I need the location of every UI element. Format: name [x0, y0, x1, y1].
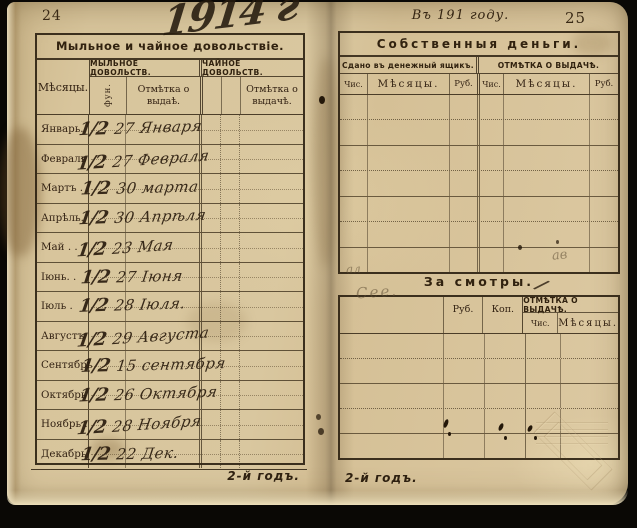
day-column-header: Чис. [523, 313, 558, 333]
month-row: Декабрь1/222 Дек. [37, 440, 303, 469]
handwritten-entry: 1/230 марта [80, 175, 200, 199]
tea-cell [221, 233, 240, 262]
tea-mark-cell [240, 410, 303, 439]
allowance-table: Мыльное и чайное довольствіе. Мѣсяцы. МЫ… [35, 33, 305, 465]
tea-cell [202, 174, 221, 203]
ruled-row [340, 434, 618, 458]
tea-cell [221, 410, 240, 439]
deposit-group-header: Сдано въ денежный ящикъ. [340, 57, 479, 73]
tea-cell [221, 115, 240, 144]
pencil-note: ал [346, 262, 362, 277]
tea-cell [221, 204, 240, 233]
own-money-table: Собственныя деньги. Сдано въ денежный ящ… [338, 31, 620, 274]
month-row: Октябрь1/226 Октября [37, 381, 303, 411]
handwritten-entry: 1/230 Апрѣля [77, 203, 208, 229]
tea-cell [221, 263, 240, 292]
soap-mark-column-header: Отмѣтка о выдаѣ. [127, 77, 203, 114]
tea-mark-cell [240, 351, 303, 380]
tea-cell [221, 145, 240, 174]
allowance-title: Мыльное и чайное довольствіе. [37, 35, 303, 60]
month-row: Августъ1/229 Августа [37, 322, 303, 352]
tea-cell [202, 410, 221, 439]
money-rows [340, 95, 618, 272]
month-row: Мартъ .1/230 марта [37, 174, 303, 204]
ruled-row [340, 384, 618, 409]
month-row: Сентябрь1/215 сентября [37, 351, 303, 381]
pencil-note: Сее. [355, 282, 398, 303]
rub-column-header: Руб. [590, 74, 618, 94]
handwritten-entry: 1/226 Октября [77, 380, 219, 406]
ruled-row [340, 120, 618, 145]
month-row: Февраль1/227 Февраля [37, 145, 303, 175]
tea-cell [202, 233, 221, 262]
tea-cell [221, 174, 240, 203]
ruled-row [340, 334, 618, 359]
tea-cell [221, 322, 240, 351]
handwritten-entry: 1/227 Января [77, 115, 203, 140]
ruled-row [340, 222, 618, 247]
month-row: Май . .1/223 Мая [37, 233, 303, 263]
tea-subcolumn-2 [222, 77, 241, 114]
month-row: Ноябрь .1/228 Ноября [37, 410, 303, 440]
soap-group-header: МЫЛЬНОЕ ДОВОЛЬСТВ. [90, 60, 202, 76]
tea-mark-column-header: Отмѣтка о выдачѣ. [241, 77, 303, 114]
own-money-title: Собственныя деньги. [340, 33, 618, 57]
page-number-right: 25 [565, 9, 586, 27]
tea-mark-cell [240, 204, 303, 233]
year-label-left: 2-й годъ. [200, 469, 300, 483]
rub-column-header: Руб. [444, 297, 484, 333]
handwritten-entry: 1/215 сентября [80, 352, 228, 377]
year-heading: Въ 191 году. [378, 8, 543, 23]
tea-mark-cell [240, 322, 303, 351]
pounds-column-header: фун. [90, 77, 127, 114]
ruled-row [340, 409, 618, 434]
issue-group-header: ОТМѢТКА О ВЫДАЧѢ. [479, 57, 618, 73]
tea-mark-cell [240, 233, 303, 262]
month-row: Іюнь. .1/227 Іюня [37, 263, 303, 293]
months-column-header: Мѣсяцы. [368, 74, 450, 94]
handwritten-entry: 1/228 Іюля. [77, 292, 187, 317]
tea-cell [202, 292, 221, 321]
tea-mark-cell [240, 440, 303, 469]
tea-cell [221, 381, 240, 410]
tea-cell [202, 440, 221, 469]
ruled-row [340, 359, 618, 384]
tea-mark-cell [240, 263, 303, 292]
month-row: Январь.1/227 Января [37, 115, 303, 145]
tea-cell [202, 115, 221, 144]
year-label-right: 2-й годъ. [345, 471, 418, 485]
allowance-header: Мѣсяцы. МЫЛЬНОЕ ДОВОЛЬСТВ. ЧАЙНОЕ ДОВОЛЬ… [37, 60, 303, 115]
months-column-header: Мѣсяцы. [37, 60, 90, 114]
tea-cell [221, 292, 240, 321]
month-row: Апрѣль.1/230 Апрѣля [37, 204, 303, 234]
day-column-header: Чис. [340, 74, 368, 94]
ruled-row [340, 171, 618, 196]
tea-mark-cell [240, 381, 303, 410]
tea-mark-cell [240, 145, 303, 174]
photo-background: 24 1914 г Мыльное и чайное довольствіе. … [0, 0, 637, 528]
months-column-header: Мѣсяцы. [504, 74, 590, 94]
reviews-rows [340, 334, 618, 458]
pencil-note: ав [551, 247, 568, 264]
tea-cell [221, 440, 240, 469]
ruled-row [340, 95, 618, 120]
tea-cell [202, 263, 221, 292]
months-column-header: Мѣсяцы. [558, 313, 618, 333]
ruled-row [340, 197, 618, 222]
tea-mark-cell [240, 174, 303, 203]
tea-subcolumn-1 [203, 77, 222, 114]
handwritten-entry: 1/222 Дек. [80, 441, 181, 465]
handwritten-entry: 1/227 Іюня [80, 264, 185, 288]
day-column-header: Чис. [480, 74, 504, 94]
issue-group-header: ОТМѢТКА О ВЫДАЧѢ. [523, 297, 618, 313]
tea-group-header: ЧАЙНОЕ ДОВОЛЬСТВ. [202, 60, 303, 76]
ruled-row [340, 248, 618, 272]
month-row: Іюль .1/228 Іюля. [37, 292, 303, 322]
ruled-row [340, 146, 618, 171]
page-number-left: 24 [42, 8, 62, 24]
blank-column [340, 297, 444, 333]
tea-mark-cell [240, 292, 303, 321]
allowance-rows: Январь.1/227 ЯнваряФевраль1/227 ФевраляМ… [37, 115, 303, 468]
reviews-table: Руб. Коп. ОТМѢТКА О ВЫДАЧѢ. Чис. Мѣсяцы. [338, 295, 620, 460]
tea-mark-cell [240, 115, 303, 144]
kop-column-header: Коп. [483, 297, 523, 333]
rub-column-header: Руб. [450, 74, 480, 94]
